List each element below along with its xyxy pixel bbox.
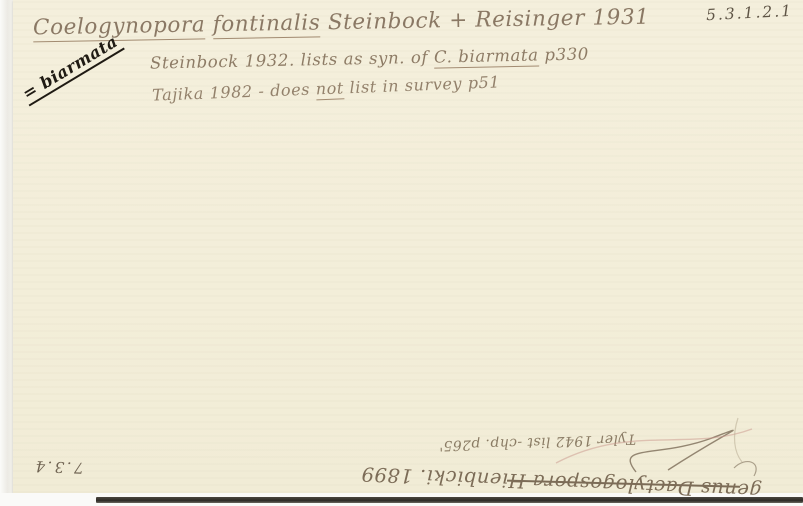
pen-flourish-loop — [272, 420, 764, 496]
note2-underlined-word: not — [315, 78, 344, 100]
word-space — [205, 12, 213, 37]
scanned-index-card: Coelogynopora fontinalis Steinbock + Rei… — [0, 0, 803, 506]
note1-underlined-taxon: C. biarmata — [434, 45, 539, 68]
species-epithet: fontinalis — [212, 10, 320, 39]
upside-down-note-block: genus Dactylogospora Hienbicki. 1899 Tyl… — [272, 420, 764, 496]
scan-background-left-edge — [0, 0, 14, 506]
catalog-code-bottom-left: 7.3.4 — [33, 457, 84, 477]
note1-page-ref: p330 — [538, 44, 589, 64]
genus-name: Coelogynopora — [33, 12, 206, 42]
